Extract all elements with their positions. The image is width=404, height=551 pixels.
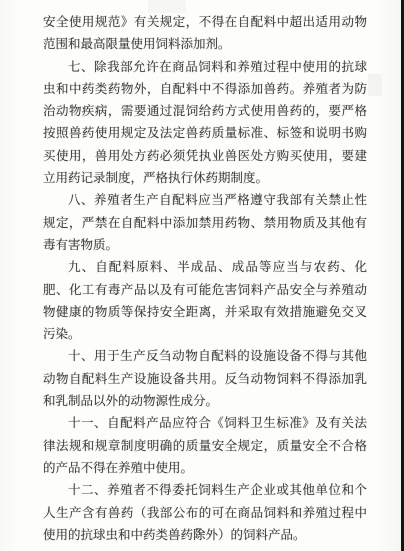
paragraph-item-9: 九、自配料原料、半成品、成品等应当与农药、化肥、化工有毒产品以及有可能危害饲料产… — [43, 256, 367, 345]
paragraph-continuation: 安全使用规范》有关规定，不得在自配料中超出适用动物范围和最高限量使用饲料添加剂。 — [43, 11, 367, 56]
document-body: 安全使用规范》有关规定，不得在自配料中超出适用动物范围和最高限量使用饲料添加剂。… — [43, 11, 367, 546]
document-page: 安全使用规范》有关规定，不得在自配料中超出适用动物范围和最高限量使用饲料添加剂。… — [0, 0, 404, 551]
paragraph-item-7: 七、除我部允许在商品饲料和养殖过程中使用的抗球虫和中药类药物外，自配料中不得添加… — [43, 56, 367, 190]
paragraph-item-11: 十一、自配料产品应符合《饲料卫生标准》及有关法律法规和规章制度明确的质量安全规定… — [43, 412, 367, 479]
paragraph-item-10: 十、用于生产反刍动物自配料的设施设备不得与其他动物自配料生产设施设备共用。反刍动… — [43, 345, 367, 412]
paragraph-item-8: 八、养殖者生产自配料应当严格遵守我部有关禁止性规定，严禁在自配料中添加禁用药物、… — [43, 189, 367, 256]
scan-artifact — [368, 74, 382, 96]
page-number: 3 — [0, 526, 396, 540]
